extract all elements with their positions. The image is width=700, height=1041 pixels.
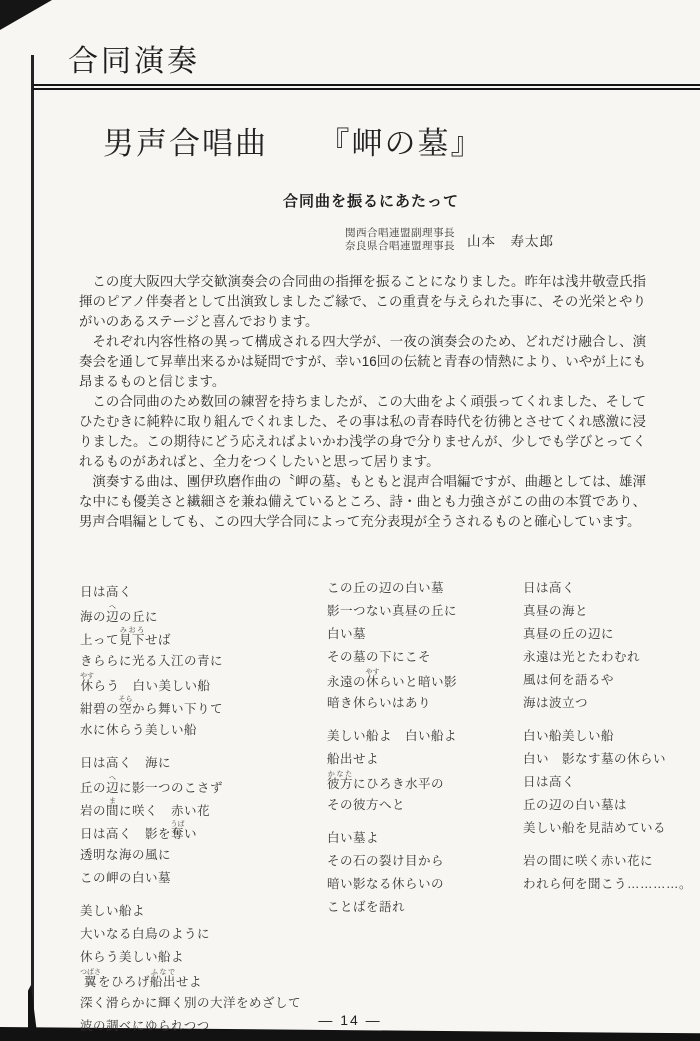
lyrics-line: 美しい船よ 白い船よ	[327, 725, 532, 748]
lyrics-column-3: 日は高く真昼の海と真昼の丘の辺に永遠は光とたわむれ風は何を語るや海は波立つ白い船…	[523, 577, 698, 906]
lyrics-line: きららに光る入江の青に	[80, 650, 330, 673]
lyrics-line: 上って見下みおろせば	[80, 627, 330, 650]
lyrics-line: 日は高く 海に	[80, 752, 330, 775]
lyrics-line: 暗き休らいはあり	[327, 692, 532, 715]
lyrics-stanza: 日は高く真昼の海と真昼の丘の辺に永遠は光とたわむれ風は何を語るや海は波立つ	[523, 577, 698, 715]
lyrics-line: 休やすらう 白い美しい船	[80, 673, 330, 696]
lyrics-line: この岬の白い墓	[80, 867, 330, 890]
lyrics-line: 日は高く 影を奪うばい	[80, 821, 330, 844]
lyrics-line: 岩の間に咲く赤い花に	[523, 850, 698, 873]
lyrics-line: その彼方へと	[327, 794, 532, 817]
lyrics-line: その石の裂け目から	[327, 850, 532, 873]
lyrics-line: 白い船美しい船	[523, 725, 698, 748]
lyrics-stanza: 白い船美しい船白い 影なす墓の休らい日は高く丘の辺の白い墓は美しい船を見詰めてい…	[523, 725, 698, 840]
lyrics-line: 美しい船よ	[80, 900, 330, 923]
lyrics-line: 白い 影なす墓の休らい	[523, 748, 698, 771]
lyrics-stanza: 白い墓よその石の裂け目から暗い影なる休らいのことばを語れ	[327, 827, 532, 919]
lyrics-line: 水に休らう美しい船	[80, 719, 330, 742]
lyrics-line: 影一つない真昼の丘に	[327, 600, 532, 623]
lyrics-line: 岩の間まに咲く 赤い花	[80, 798, 330, 821]
lyrics-line: ことばを語れ	[327, 896, 532, 919]
lyrics-line: 永遠は光とたわむれ	[523, 646, 698, 669]
lyrics-line: 白い墓よ	[327, 827, 532, 850]
lyrics-line: 海の辺への丘に	[80, 604, 330, 627]
lyrics-line: 透明な海の風に	[80, 844, 330, 867]
scanned-program-page: 合同演奏 男声合唱曲 『岬の墓』 合同曲を振るにあたって 関西合唱連盟副理事長 …	[0, 0, 700, 1041]
lyrics-line: 白い墓	[327, 623, 532, 646]
lyrics-line: 紺碧の空そらから舞い下りて	[80, 696, 330, 719]
lyrics-line: 美しい船を見詰めている	[523, 817, 698, 840]
lyrics-line: 日は高く	[523, 771, 698, 794]
lyrics-line: 永遠の休やすらいと暗い影	[327, 669, 532, 692]
lyrics-column-2: この丘の辺の白い墓影一つない真昼の丘に白い墓その墓の下にこそ永遠の休やすらいと暗…	[327, 577, 532, 929]
lyrics-section: 日は高く海の辺への丘に上って見下みおろせばきららに光る入江の青に休やすらう 白い…	[0, 0, 700, 1041]
lyrics-line: 真昼の海と	[523, 600, 698, 623]
lyrics-line: 丘の辺へに影一つのこさず	[80, 775, 330, 798]
lyrics-line: 丘の辺の白い墓は	[523, 794, 698, 817]
lyrics-line: その墓の下にこそ	[327, 646, 532, 669]
lyrics-line: 彼方かなたにひろき水平の	[327, 771, 532, 794]
lyrics-line: この丘の辺の白い墓	[327, 577, 532, 600]
lyrics-column-1: 日は高く海の辺への丘に上って見下みおろせばきららに光る入江の青に休やすらう 白い…	[80, 581, 330, 1041]
lyrics-line: 船出せよ	[327, 748, 532, 771]
lyrics-stanza: 日は高く 海に丘の辺へに影一つのこさず岩の間まに咲く 赤い花日は高く 影を奪うば…	[80, 752, 330, 890]
lyrics-line: 休らう美しい船よ	[80, 946, 330, 969]
page-number: — 14 —	[0, 1012, 700, 1028]
lyrics-stanza: 日は高く海の辺への丘に上って見下みおろせばきららに光る入江の青に休やすらう 白い…	[80, 581, 330, 742]
lyrics-line: われら何を聞こう…………。	[523, 873, 698, 896]
lyrics-line: 日は高く	[523, 577, 698, 600]
lyrics-line: 日は高く	[80, 581, 330, 604]
lyrics-line: 暗い影なる休らいの	[327, 873, 532, 896]
lyrics-stanza: 美しい船よ 白い船よ船出せよ彼方かなたにひろき水平のその彼方へと	[327, 725, 532, 817]
lyrics-line: 翼つばさをひろげ船出ふなでせよ	[80, 969, 330, 992]
lyrics-line: 大いなる白鳥のように	[80, 923, 330, 946]
lyrics-stanza: 岩の間に咲く赤い花にわれら何を聞こう…………。	[523, 850, 698, 896]
lyrics-line: 真昼の丘の辺に	[523, 623, 698, 646]
lyrics-stanza: この丘の辺の白い墓影一つない真昼の丘に白い墓その墓の下にこそ永遠の休やすらいと暗…	[327, 577, 532, 715]
lyrics-line: 風は何を語るや	[523, 669, 698, 692]
lyrics-line: 海は波立つ	[523, 692, 698, 715]
